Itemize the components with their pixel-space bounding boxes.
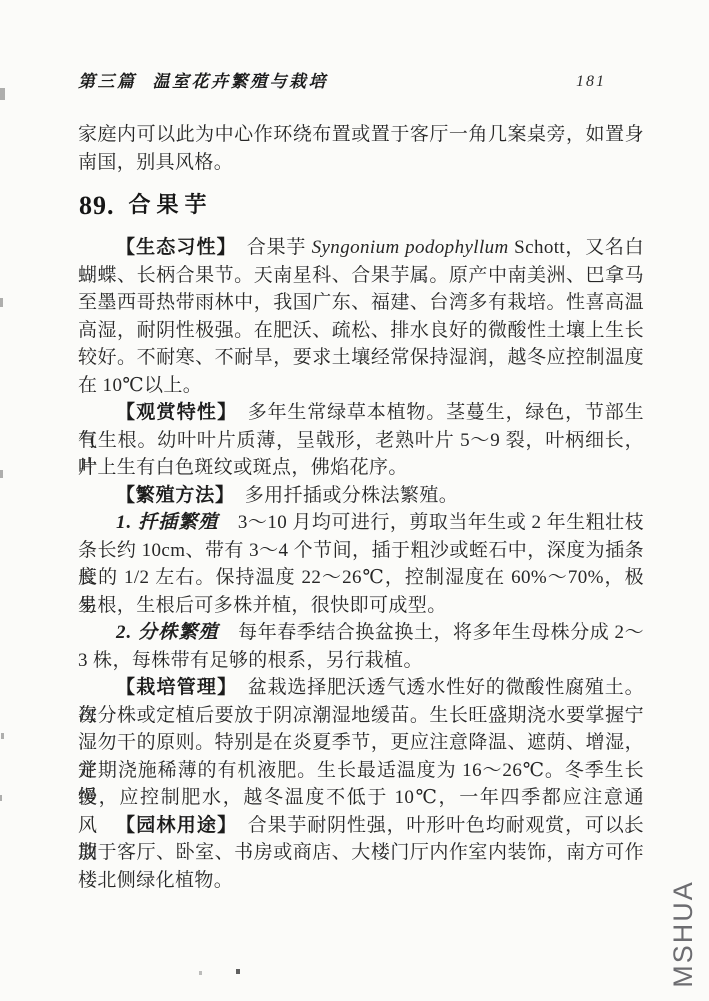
text-segment: 蝴蝶、长柄合果节。天南星科、合果芋属。原产中南美洲、巴拿马 <box>78 265 644 286</box>
section-number: 89. <box>79 191 115 220</box>
text-segment: 3～10 月均可进行，剪取当年生或 2 年生粗壮枝 <box>218 512 644 533</box>
text-segment: 家庭内可以此为中心作环绕布置或置于客厅一角几案桌旁，如置身 <box>78 124 644 145</box>
text-segment: 高湿，耐阴性极强。在肥沃、疏松、排水良好的微酸性土壤上生长 <box>78 320 644 341</box>
scan-speck <box>0 298 3 307</box>
text-line: 2. 分株繁殖 每年春季结合换盆换土，将多年生母株分成 2～ <box>78 619 644 647</box>
text-line: 【繁殖方法】 多用扦插或分株法繁殖。 <box>78 482 644 510</box>
chapter-title: 温室花卉繁殖与栽培 <box>153 72 329 91</box>
scan-speck <box>236 969 240 974</box>
text-line: 1. 扦插繁殖 3～10 月均可进行，剪取当年生或 2 年生粗壮枝 <box>78 509 644 537</box>
running-header: 第三篇温室花卉繁殖与栽培 <box>78 71 328 93</box>
page-number: 181 <box>576 72 606 92</box>
scan-speck <box>199 971 202 975</box>
intro-paragraph: 家庭内可以此为中心作环绕布置或置于客厅一角几案桌旁，如置身南国，别具风格。 <box>78 121 644 176</box>
text-line: 【园林用途】 合果芋耐阴性强，叶形叶色均耐观赏，可以长期 <box>78 812 644 840</box>
scan-speck <box>0 795 2 801</box>
bracket-label: 【繁殖方法】 <box>116 485 225 506</box>
text-segment: 放于客厅、卧室、书房或商店、大楼门厅内作室内装饰，南方可作 <box>78 842 644 863</box>
bracket-label: 【生态习性】 <box>116 237 227 258</box>
bracket-label: 【观赏特性】 <box>116 402 228 423</box>
text-line: 条长约 10cm、带有 3～4 个节间，插于粗沙或蛭石中，深度为插条长 <box>78 537 644 565</box>
text-line: 次分株或定植后要放于阴凉潮湿地缓苗。生长旺盛期浇水要掌握宁 <box>78 702 644 730</box>
text-segment: 1. 扦插繁殖 <box>116 512 218 533</box>
text-line: 慢，应控制肥水，越冬温度不低于 10℃，一年四季都应注意通风。 <box>78 784 644 812</box>
chapter-label: 第三篇 <box>78 72 137 91</box>
text-line: 至墨西哥热带雨林中，我国广东、福建、台湾多有栽培。性喜高温 <box>78 289 644 317</box>
text-line: 气生根。幼叶叶片质薄，呈戟形，老熟叶片 5～9 裂，叶柄细长，叶 <box>78 427 644 455</box>
text-line: 南国，别具风格。 <box>78 149 644 177</box>
text-segment: 次分株或定植后要放于阴凉潮湿地缓苗。生长旺盛期浇水要掌握宁 <box>78 705 644 726</box>
text-line: 湿勿干的原则。特别是在炎夏季节，更应注意降温、遮荫、增湿，并 <box>78 729 644 757</box>
text-line: 【生态习性】 合果芋 Syngonium podophyllum Schott，… <box>78 234 644 262</box>
text-segment: 较好。不耐寒、不耐旱，要求土壤经常保持湿润，越冬应控制温度 <box>78 347 644 368</box>
text-segment: 多用扦插或分株法繁殖。 <box>225 485 458 506</box>
body-text: 【生态习性】 合果芋 Syngonium podophyllum Schott，… <box>78 234 644 894</box>
text-line: 较好。不耐寒、不耐旱，要求土壤经常保持湿润，越冬应控制温度 <box>78 344 644 372</box>
text-line: 放于客厅、卧室、书房或商店、大楼门厅内作室内装饰，南方可作 <box>78 839 644 867</box>
text-segment: 南国，别具风格。 <box>78 152 233 173</box>
text-segment: 片上生有白色斑纹或斑点，佛焰花序。 <box>78 457 408 478</box>
text-line: 高湿，耐阴性极强。在肥沃、疏松、排水良好的微酸性土壤上生长 <box>78 317 644 345</box>
text-line: 【栽培管理】 盆栽选择肥沃透气透水性好的微酸性腐殖土。每 <box>78 674 644 702</box>
text-segment: 3 株，每株带有足够的根系，另行栽植。 <box>78 650 423 671</box>
scan-speck <box>0 88 5 100</box>
bracket-label: 【园林用途】 <box>116 815 228 836</box>
text-line: 家庭内可以此为中心作环绕布置或置于客厅一角几案桌旁，如置身 <box>78 121 644 149</box>
text-segment: Schott，又名白 <box>509 237 644 258</box>
section-title: 合果芋 <box>129 192 213 217</box>
scan-speck <box>0 470 3 478</box>
bracket-label: 【栽培管理】 <box>116 677 228 698</box>
scan-speck <box>1 733 4 739</box>
text-line: 在 10℃以上。 <box>78 372 644 400</box>
text-line: 度的 1/2 左右。保持温度 22～26℃，控制湿度在 60%～70%，极易 <box>78 564 644 592</box>
text-segment: 楼北侧绿化植物。 <box>78 870 233 891</box>
text-segment: 在 10℃以上。 <box>78 375 202 396</box>
text-segment: Syngonium podophyllum <box>312 237 509 258</box>
watermark-text: MSHUA <box>669 879 697 989</box>
section-heading: 89.合果芋 <box>79 188 213 222</box>
text-segment: 2. 分株繁殖 <box>116 622 219 643</box>
text-line: 定期浇施稀薄的有机液肥。生长最适温度为 16～26℃。冬季生长缓 <box>78 757 644 785</box>
text-segment: 生根，生根后可多株并植，很快即可成型。 <box>78 595 447 616</box>
text-line: 3 株，每株带有足够的根系，另行栽植。 <box>78 647 644 675</box>
text-line: 片上生有白色斑纹或斑点，佛焰花序。 <box>78 454 644 482</box>
scanned-book-page: 第三篇温室花卉繁殖与栽培 181 家庭内可以此为中心作环绕布置或置于客厅一角几案… <box>0 0 709 1001</box>
text-segment: 至墨西哥热带雨林中，我国广东、福建、台湾多有栽培。性喜高温 <box>78 292 644 313</box>
text-line: 【观赏特性】 多年生常绿草本植物。茎蔓生，绿色，节部生有 <box>78 399 644 427</box>
text-line: 生根，生根后可多株并植，很快即可成型。 <box>78 592 644 620</box>
text-line: 楼北侧绿化植物。 <box>78 867 644 895</box>
text-line: 蝴蝶、长柄合果节。天南星科、合果芋属。原产中南美洲、巴拿马 <box>78 262 644 290</box>
text-segment: 每年春季结合换盆换土，将多年生母株分成 2～ <box>219 622 644 643</box>
text-segment: 合果芋 <box>227 237 311 258</box>
